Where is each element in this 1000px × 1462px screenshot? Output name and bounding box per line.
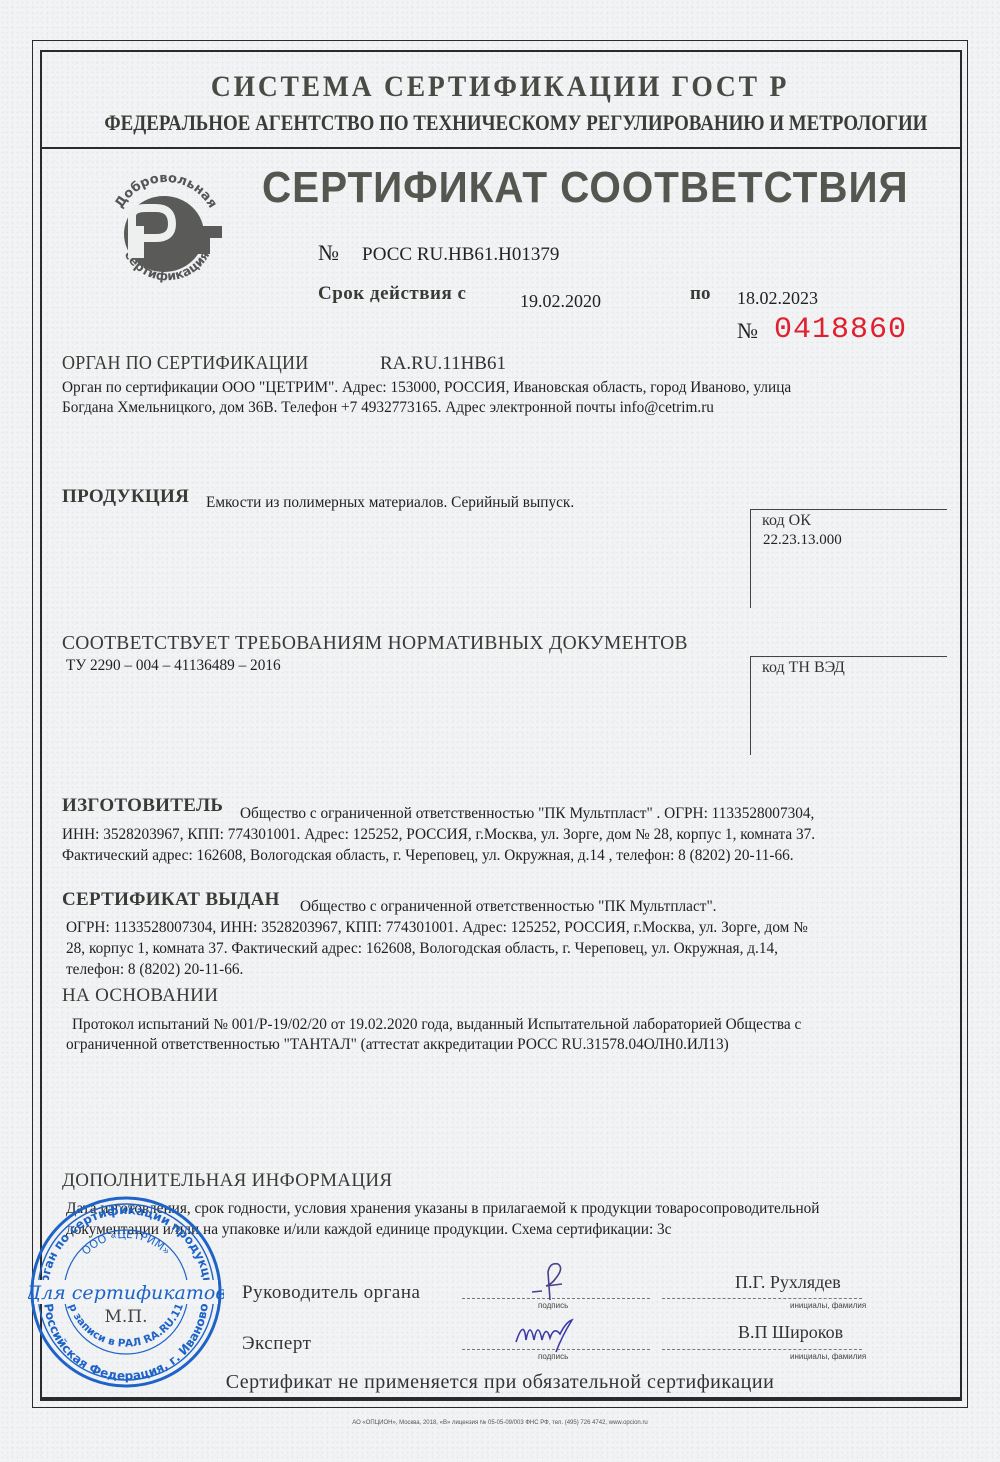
certificate-number-label: № — [318, 240, 339, 266]
basis-line2: ограниченной ответственностью "ТАНТАЛ" (… — [66, 1035, 729, 1054]
issued-to-line4: телефон: 8 (8202) 20-11-66. — [66, 960, 243, 979]
issued-to-line3: 28, корпус 1, комната 37. Фактический ад… — [66, 939, 778, 958]
expert-signature-icon — [510, 1312, 590, 1363]
tn-ved-code-label: код ТН ВЭД — [762, 659, 845, 677]
ok-code-box: код ОК 22.23.13.000 — [750, 509, 947, 608]
manufacturer-line2: ИНН: 3528203967, КПП: 774301001. Адрес: … — [62, 825, 815, 844]
certification-stamp-icon: Орган по сертификации продукции ООО «ЦЕТ… — [28, 1194, 224, 1390]
additional-info-heading: ДОПОЛНИТЕЛЬНАЯ ИНФОРМАЦИЯ — [62, 1170, 392, 1192]
ok-code-value: 22.23.13.000 — [763, 532, 842, 549]
manufacturer-line3: Фактический адрес: 162608, Вологодская о… — [62, 846, 794, 865]
head-name: П.Г. Рухлядев — [735, 1272, 841, 1293]
rst-logo-icon: Добровольная сертификация — [102, 166, 230, 294]
certificate-title: СЕРТИФИКАТ СООТВЕТСТВИЯ — [262, 163, 908, 213]
valid-from-date: 19.02.2020 — [520, 291, 601, 312]
stamp-center-text: Для сертификатов — [28, 1282, 224, 1304]
stamp-org-text: ООО «ЦЕТРИМ» — [79, 1228, 173, 1258]
certification-body-code: RA.RU.11НВ61 — [380, 353, 506, 375]
compliance-heading: СООТВЕТСТВУЕТ ТРЕБОВАНИЯМ НОРМАТИВНЫХ ДО… — [62, 633, 688, 655]
agency-title: ФЕДЕРАЛЬНОЕ АГЕНТСТВО ПО ТЕХНИЧЕСКОМУ РЕ… — [104, 110, 895, 136]
product-heading: ПРОДУКЦИЯ — [62, 486, 189, 508]
certification-body-line2: Богдана Хмельницкого, дом 36В. Телефон +… — [62, 398, 714, 417]
manufacturer-line1: Общество с ограниченной ответственностью… — [240, 804, 814, 823]
blank-serial-number: 0418860 — [774, 313, 907, 347]
head-name-caption: инициалы, фамилия — [790, 1301, 866, 1310]
expert-name: В.П Широков — [738, 1322, 843, 1343]
certification-body-heading: ОРГАН ПО СЕРТИФИКАЦИИ — [62, 352, 309, 375]
manufacturer-heading: ИЗГОТОВИТЕЛЬ — [62, 795, 223, 817]
header-divider — [40, 147, 960, 149]
issued-to-heading: СЕРТИФИКАТ ВЫДАН — [62, 889, 280, 911]
valid-to-date: 18.02.2023 — [737, 288, 818, 309]
compliance-document: ТУ 2290 – 004 – 41136489 – 2016 — [66, 656, 281, 675]
ok-code-label: код ОК — [762, 512, 811, 530]
head-of-body-label: Руководитель органа — [242, 1282, 420, 1304]
issued-to-line1: Общество с ограниченной ответственностью… — [300, 897, 717, 916]
expert-name-caption: инициалы, фамилия — [790, 1352, 866, 1361]
expert-label: Эксперт — [242, 1333, 311, 1355]
validity-label: Срок действия с — [318, 283, 466, 305]
printer-imprint: АО «ОПЦИОН», Москва, 2018, «В» лицензия … — [40, 1420, 960, 1426]
blank-number-label: № — [737, 318, 758, 344]
basis-heading: НА ОСНОВАНИИ — [62, 985, 218, 1007]
head-name-line — [662, 1298, 862, 1299]
certification-body-line1: Орган по сертификации ООО "ЦЕТРИМ". Адре… — [62, 378, 791, 397]
product-description: Емкости из полимерных материалов. Серийн… — [206, 493, 574, 512]
basis-line1: Протокол испытаний № 001/Р-19/02/20 от 1… — [72, 1015, 801, 1034]
tn-ved-code-box: код ТН ВЭД — [750, 656, 947, 755]
issued-to-line2: ОГРН: 1133528007304, ИНН: 3528203967, КП… — [66, 918, 808, 937]
footer-divider — [40, 1397, 960, 1399]
valid-to-label: по — [690, 283, 710, 305]
svg-text:ООО «ЦЕТРИМ»: ООО «ЦЕТРИМ» — [79, 1228, 173, 1258]
head-signature-icon — [520, 1258, 580, 1309]
stamp-mp-text: М.П. — [104, 1307, 147, 1327]
system-title: СИСТЕМА СЕРТИФИКАЦИИ ГОСТ Р — [77, 70, 923, 104]
expert-name-line — [662, 1349, 862, 1350]
footer-note: Сертификат не применяется при обязательн… — [40, 1371, 960, 1394]
certificate-number: РОСС RU.НВ61.Н01379 — [362, 244, 559, 266]
